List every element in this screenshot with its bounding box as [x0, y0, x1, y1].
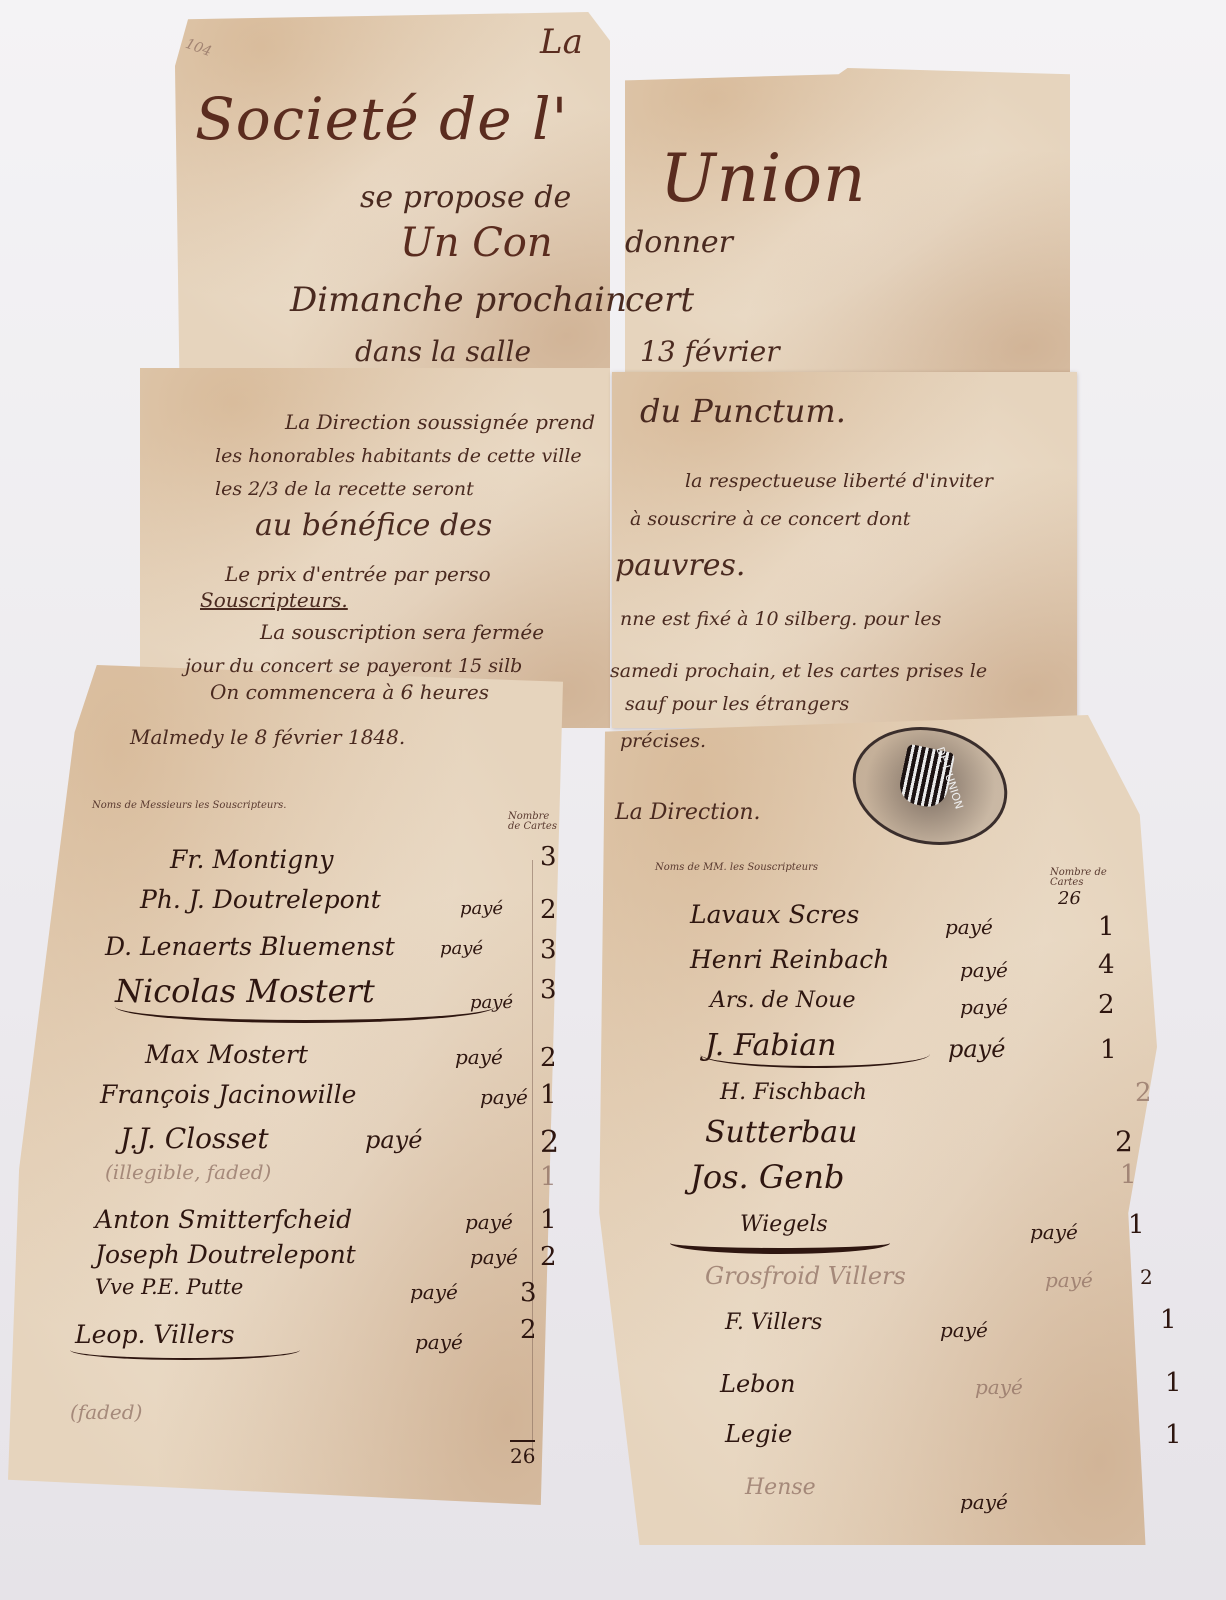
list-item-name-faded: (illegible, faded)	[105, 1160, 271, 1184]
list-item-name: Joseph Doutrelepont	[95, 1240, 356, 1269]
direction-signature: La Direction.	[615, 800, 761, 825]
notice-p4-right: sauf pour les étrangers	[625, 693, 849, 715]
notice-p1-line4: au bénéfice des	[255, 508, 492, 543]
list-item-status: payé	[960, 958, 1008, 982]
poster-title-left: Societé de l'	[195, 85, 568, 153]
list-item-status: payé	[960, 1490, 1008, 1514]
list-item-name: Grosfroid Villers	[705, 1262, 906, 1290]
list-item-name: Lebon	[720, 1370, 795, 1398]
list-item-count: 1	[1100, 1035, 1117, 1065]
top-right-fragment	[625, 68, 1070, 378]
list-item-status: payé	[415, 1330, 463, 1354]
list-item-name: Jos. Genb	[690, 1158, 844, 1196]
notice-p1-line2: les honorables habitants de cette ville	[215, 445, 582, 467]
list-item-name: Max Mostert	[145, 1040, 308, 1069]
list-item-name: Henri Reinbach	[690, 945, 889, 974]
list-item-name: Lavaux Scres	[690, 900, 859, 929]
list-item-status: payé	[460, 898, 503, 919]
poster-line-3-left: se propose de	[360, 180, 571, 215]
notice-p4-right-2: précises.	[620, 730, 706, 752]
list-item-count: 1	[1165, 1420, 1182, 1450]
list-item-name: Legie	[725, 1420, 792, 1448]
dateline: Malmedy le 8 février 1848.	[130, 725, 405, 749]
list-item-name: J.J. Closset	[120, 1122, 269, 1155]
notice-p4: On commencera à 6 heures	[210, 680, 489, 704]
poster-line-3-right: donner	[625, 225, 733, 260]
list-item-count: 2	[540, 1125, 559, 1160]
list-item-name: Ars. de Noue	[710, 988, 855, 1013]
list-item-count: 1	[540, 1205, 557, 1235]
list-item-status: payé	[440, 938, 483, 959]
list-item-count: 1	[1120, 1160, 1137, 1190]
list-item-status: payé	[480, 1085, 528, 1109]
list-item-count: 3	[540, 935, 557, 965]
list-item-name: Anton Smitterfcheid	[95, 1205, 352, 1234]
right-list-header-count: Nombre de Cartes	[1050, 868, 1115, 888]
list-item-name: Sutterbau	[705, 1115, 858, 1150]
notice-p1-line4-right: pauvres.	[615, 548, 745, 583]
poster-line-5-right: 13 février	[640, 335, 780, 368]
notice-p1-line3-right: à souscrire à ce concert dont	[630, 508, 910, 530]
list-item-status: payé	[945, 915, 993, 939]
list-item-status: payé	[365, 1126, 422, 1154]
list-item-count: 2	[520, 1315, 537, 1345]
right-list-header-names: Noms de MM. les Souscripteurs	[655, 862, 818, 873]
list-item-count: 2	[1098, 990, 1115, 1020]
left-list-header-count: Nombre de Cartes	[508, 812, 558, 832]
notice-p3-right: samedi prochain, et les cartes prises le	[610, 660, 987, 682]
poster-line-4-right: cert	[625, 280, 694, 320]
list-item-status: payé	[960, 995, 1008, 1019]
list-item-name: Vve P.E. Putte	[95, 1275, 243, 1299]
list-item-name: D. Lenaerts Bluemenst	[105, 932, 395, 961]
right-list-carry-over: 26	[1058, 888, 1081, 909]
list-item-status: payé	[465, 1210, 513, 1234]
signature-flourish	[670, 1232, 890, 1254]
notice-p3-line2: jour du concert se payeront 15 silb	[185, 655, 522, 677]
poster-line-1: La	[540, 22, 583, 62]
poster-line-6-left: dans la salle	[355, 335, 531, 368]
signature-flourish	[700, 1040, 930, 1068]
notice-p2: Le prix d'entrée par perso	[225, 562, 491, 586]
list-item-status: payé	[410, 1280, 458, 1304]
left-list-header-names: Noms de Messieurs les Souscripteurs.	[92, 800, 286, 811]
notice-p1-line2-right: la respectueuse liberté d'inviter	[685, 470, 993, 492]
notice-p3: La souscription sera fermée	[260, 620, 544, 644]
list-item-count: 2	[540, 895, 557, 925]
list-item-status: payé	[1045, 1268, 1093, 1292]
list-item-name: François Jacinowille	[100, 1080, 356, 1109]
list-item-count: 2	[540, 1242, 557, 1272]
poster-line-6-right: du Punctum.	[640, 392, 846, 430]
list-item-name-faded: (faded)	[70, 1400, 142, 1424]
notice-p1-line3: les 2/3 de la recette seront	[215, 478, 474, 500]
poster-line-5-left: Dimanche prochain	[290, 280, 627, 320]
list-item-status: payé	[940, 1318, 988, 1342]
poster-title-right: Union	[660, 140, 866, 217]
list-item-count: 4	[1098, 950, 1115, 980]
list-item-count: 1	[540, 1080, 557, 1110]
list-item-name: Hense	[745, 1475, 816, 1500]
list-item-status: payé	[975, 1375, 1023, 1399]
list-item-name: F. Villers	[725, 1310, 822, 1335]
notice-p2-line2: Souscripteurs.	[200, 588, 348, 612]
signature-flourish	[70, 1340, 300, 1360]
list-item-count: 3	[540, 975, 557, 1005]
list-item-name: Fr. Montigny	[170, 845, 333, 874]
list-item-count: 2	[1135, 1078, 1152, 1108]
left-list-total: 26	[510, 1440, 535, 1468]
list-item-status: payé	[948, 1035, 1005, 1063]
list-item-count: 1	[1165, 1368, 1182, 1398]
list-item-name: Ph. J. Doutrelepont	[140, 885, 381, 914]
bottom-right-fragment	[582, 715, 1157, 1545]
list-item-status: payé	[455, 1045, 503, 1069]
list-item-count: 1	[1098, 912, 1115, 942]
list-item-status: payé	[470, 1245, 518, 1269]
list-item-count: 1	[1128, 1210, 1145, 1240]
poster-line-4-left: Un Con	[400, 220, 553, 266]
left-column-rule	[532, 860, 533, 1460]
list-item-count: 1	[540, 1162, 557, 1192]
list-item-name: H. Fischbach	[720, 1080, 867, 1105]
notice-p1: La Direction soussignée prend	[285, 410, 595, 434]
list-item-count: 2	[1115, 1125, 1133, 1158]
signature-flourish	[115, 990, 495, 1023]
list-item-status: payé	[1030, 1220, 1078, 1244]
list-item-count: 2	[1140, 1265, 1153, 1289]
list-item-count: 2	[540, 1043, 557, 1073]
list-item-count: 3	[540, 842, 557, 872]
list-item-count: 1	[1160, 1305, 1177, 1335]
list-item-count: 3	[520, 1278, 537, 1308]
notice-p2-right: nne est fixé à 10 silberg. pour les	[620, 608, 941, 630]
